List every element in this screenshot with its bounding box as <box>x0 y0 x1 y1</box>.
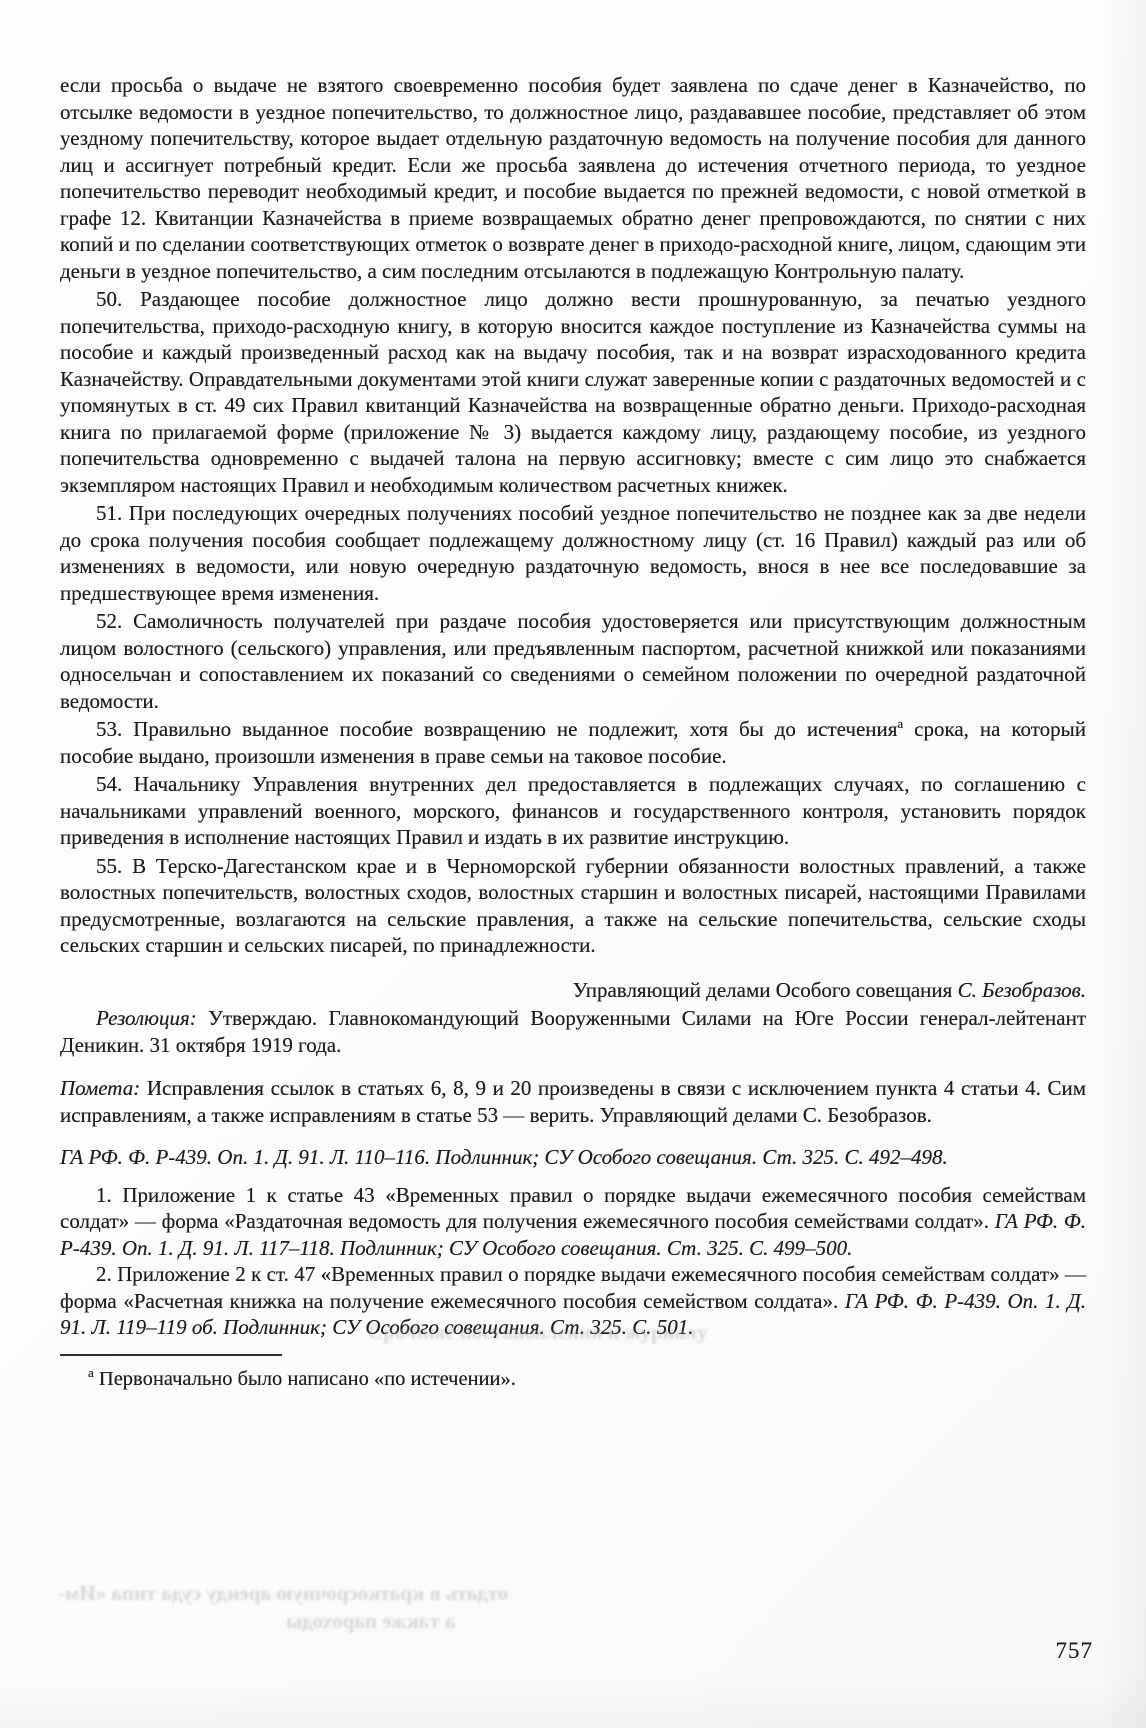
article-53: 53. Правильно выданное пособие возвращен… <box>60 716 1086 769</box>
article-50: 50. Раздающее пособие должностное лицо д… <box>60 286 1086 498</box>
article-54: 54. Начальнику Управления внутренних дел… <box>60 771 1086 851</box>
paragraph-continuation: если просьба о выдаче не взятого своевре… <box>60 72 1086 284</box>
pometa-text: Исправления ссылок в статьях 6, 8, 9 и 2… <box>60 1076 1086 1127</box>
article-55: 55. В Терско-Дагестанском крае и в Черно… <box>60 853 1086 959</box>
article-53-text-before: 53. Правильно выданное пособие возвращен… <box>96 717 897 741</box>
note-2: 2. Приложение 2 к ст. 47 «Временных прав… <box>60 1261 1086 1341</box>
footnote-rule <box>60 1354 282 1356</box>
note-1: 1. Приложение 1 к статье 43 «Временных п… <box>60 1182 1086 1262</box>
document-body: если просьба о выдаче не взятого своевре… <box>60 72 1086 1394</box>
signature-title: Управляющий делами Особого совещания <box>573 978 958 1002</box>
resolution-text: Утверждаю. Главнокомандующий Вооруженным… <box>60 1006 1086 1057</box>
article-52: 52. Самоличность получателей при раздаче… <box>60 608 1086 714</box>
bleedthrough-text: а также пароходы <box>286 1609 455 1634</box>
pometa-label: Помета: <box>60 1076 140 1100</box>
footnote: а Первоначально было написано «по истече… <box>60 1366 1086 1393</box>
pometa-paragraph: Помета: Исправления ссылок в статьях 6, … <box>60 1075 1086 1128</box>
resolution-paragraph: Резолюция: Утверждаю. Главнокомандующий … <box>60 1005 1086 1058</box>
resolution-label: Резолюция: <box>96 1006 197 1030</box>
scanned-document-page: если просьба о выдаче не взятого своевре… <box>0 0 1146 1728</box>
page-number: 757 <box>1056 1638 1094 1664</box>
footnote-text: Первоначально было написано «по истечени… <box>94 1368 516 1390</box>
note-1-text: 1. Приложение 1 к статье 43 «Временных п… <box>60 1183 1086 1234</box>
signature-line: Управляющий делами Особого совещания С. … <box>60 977 1086 1004</box>
article-51: 51. При последующих очередных получениях… <box>60 500 1086 606</box>
bleedthrough-text: отдать в краткосрочную аренду суда типа … <box>58 1581 508 1606</box>
editorial-notes: 1. Приложение 1 к статье 43 «Временных п… <box>60 1182 1086 1341</box>
signature-name: С. Безобразов. <box>958 978 1086 1002</box>
archival-reference: ГА РФ. Ф. Р-439. Оп. 1. Д. 91. Л. 110–11… <box>60 1144 1086 1171</box>
footnote-block: а Первоначально было написано «по истече… <box>60 1354 1086 1393</box>
